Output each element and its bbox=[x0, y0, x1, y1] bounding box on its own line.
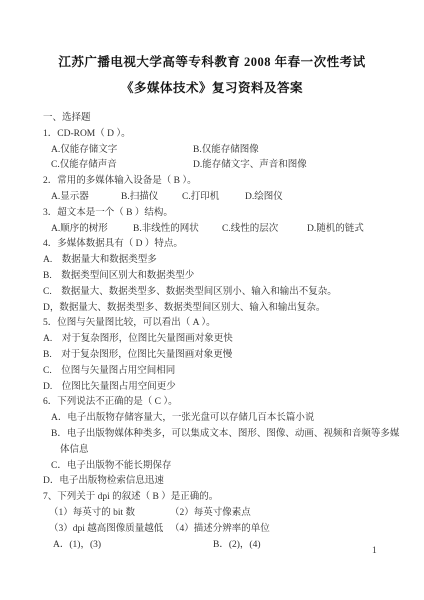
q1-option-b: B.仅能存储图像 bbox=[193, 143, 259, 159]
q5-option-c: C. 位图与矢量图占用空间相同 bbox=[0, 364, 424, 380]
q7-subitem-3: （3）dpi 越高图像质量越低 bbox=[49, 522, 163, 538]
question-2-options-row: A.显示器 B.扫描仪 C.打印机 D.绘图仪 bbox=[0, 190, 424, 206]
q5-option-a: A. 对于复杂图形，位图比矢量图画对象更快 bbox=[0, 332, 424, 348]
q4-option-a: A. 数据量大和数据类型多 bbox=[0, 253, 424, 269]
q4-option-d: D，数据量大、数据类型多、数据类型间区别大、输入和输出复杂。 bbox=[0, 301, 424, 317]
q1-option-c: C.仅能存储声音 bbox=[51, 158, 117, 174]
q6-option-c: C．电子出版物不能长期保存 bbox=[0, 459, 424, 475]
q3-option-d: D.随机的链式 bbox=[307, 222, 364, 238]
q3-option-b: B.非线性的网状 bbox=[133, 222, 199, 238]
question-3-options-row: A.顺序的树形 B.非线性的网状 C.线性的层次 D.随机的链式 bbox=[0, 222, 424, 238]
q2-option-a: A.显示器 bbox=[51, 190, 89, 206]
q3-option-a: A.顺序的树形 bbox=[51, 222, 108, 238]
question-3-stem: 3．超文本是一个（ B ）结构。 bbox=[0, 206, 424, 222]
q7-option-b: B．(2)，(4) bbox=[213, 538, 261, 554]
document-title-line1: 江苏广播电视大学高等专科教育 2008 年春一次性考试 bbox=[0, 52, 424, 70]
q4-option-c: C. 数据量大、数据类型多、数据类型间区别小、输入和输出不复杂。 bbox=[0, 285, 424, 301]
section-heading: 一、选择题 bbox=[0, 111, 424, 127]
question-4-stem: 4．多媒体数据具有（ D ）特点。 bbox=[0, 237, 424, 253]
question-6-stem: 6．下列说法不正确的是（ C ）。 bbox=[0, 395, 424, 411]
question-1-stem: 1．CD-ROM（ D ）。 bbox=[0, 127, 424, 143]
q6-option-a: A．电子出版物存储容量大，一张光盘可以存储几百本长篇小说 bbox=[0, 411, 424, 427]
q4-option-b: B. 数据类型间区别大和数据类型少 bbox=[0, 269, 424, 285]
q7-subitem-4: （4）描述分辨率的单位 bbox=[170, 522, 270, 538]
q6-option-b-continuation: 体信息 bbox=[0, 443, 424, 459]
q7-subitem-1: （1）每英寸的 bit 数 bbox=[49, 506, 135, 522]
question-1-options-row-2: C.仅能存储声音 D.能存储文字、声音和图像 bbox=[0, 158, 424, 174]
document-body: 一、选择题 1．CD-ROM（ D ）。 A.仅能存储文字 B.仅能存储图像 C… bbox=[0, 111, 424, 553]
question-7-stem: 7、下列关于 dpi 的叙述（ B ）是正确的。 bbox=[0, 490, 424, 506]
q1-option-a: A.仅能存储文字 bbox=[51, 143, 117, 159]
q1-option-d: D.能存储文字、声音和图像 bbox=[193, 158, 307, 174]
q6-option-d: D．电子出版物检索信息迅速 bbox=[0, 474, 424, 490]
page-number: 1 bbox=[372, 546, 377, 556]
question-7-subitems-row-1: （1）每英寸的 bit 数 （2）每英寸像素点 bbox=[0, 506, 424, 522]
document-page: 江苏广播电视大学高等专科教育 2008 年春一次性考试 《多媒体技术》复习资料及… bbox=[0, 0, 424, 600]
question-2-stem: 2．常用的多媒体输入设备是（ B ）。 bbox=[0, 174, 424, 190]
q5-option-b: B. 对于复杂图形，位图比矢量图画对象更慢 bbox=[0, 348, 424, 364]
question-1-options-row-1: A.仅能存储文字 B.仅能存储图像 bbox=[0, 143, 424, 159]
question-7-subitems-row-2: （3）dpi 越高图像质量越低 （4）描述分辨率的单位 bbox=[0, 522, 424, 538]
q3-option-c: C.线性的层次 bbox=[222, 222, 278, 238]
question-7-options-row: A．(1)，(3) B．(2)，(4) bbox=[0, 538, 424, 554]
q2-option-c: C.打印机 bbox=[182, 190, 219, 206]
q2-option-b: B.扫描仪 bbox=[121, 190, 158, 206]
question-5-stem: 5．位图与矢量图比较，可以看出（ A ）。 bbox=[0, 316, 424, 332]
q5-option-d: D. 位图比矢量图占用空间更少 bbox=[0, 380, 424, 396]
q7-subitem-2: （2）每英寸像素点 bbox=[170, 506, 251, 522]
document-title-line2: 《多媒体技术》复习资料及答案 bbox=[0, 78, 424, 96]
q2-option-d: D.绘图仪 bbox=[245, 190, 283, 206]
q6-option-b: B．电子出版物媒体种类多，可以集成文本、图形、图像、动画、视频和音频等多媒 bbox=[0, 427, 424, 443]
q7-option-a: A．(1)，(3) bbox=[53, 538, 101, 554]
